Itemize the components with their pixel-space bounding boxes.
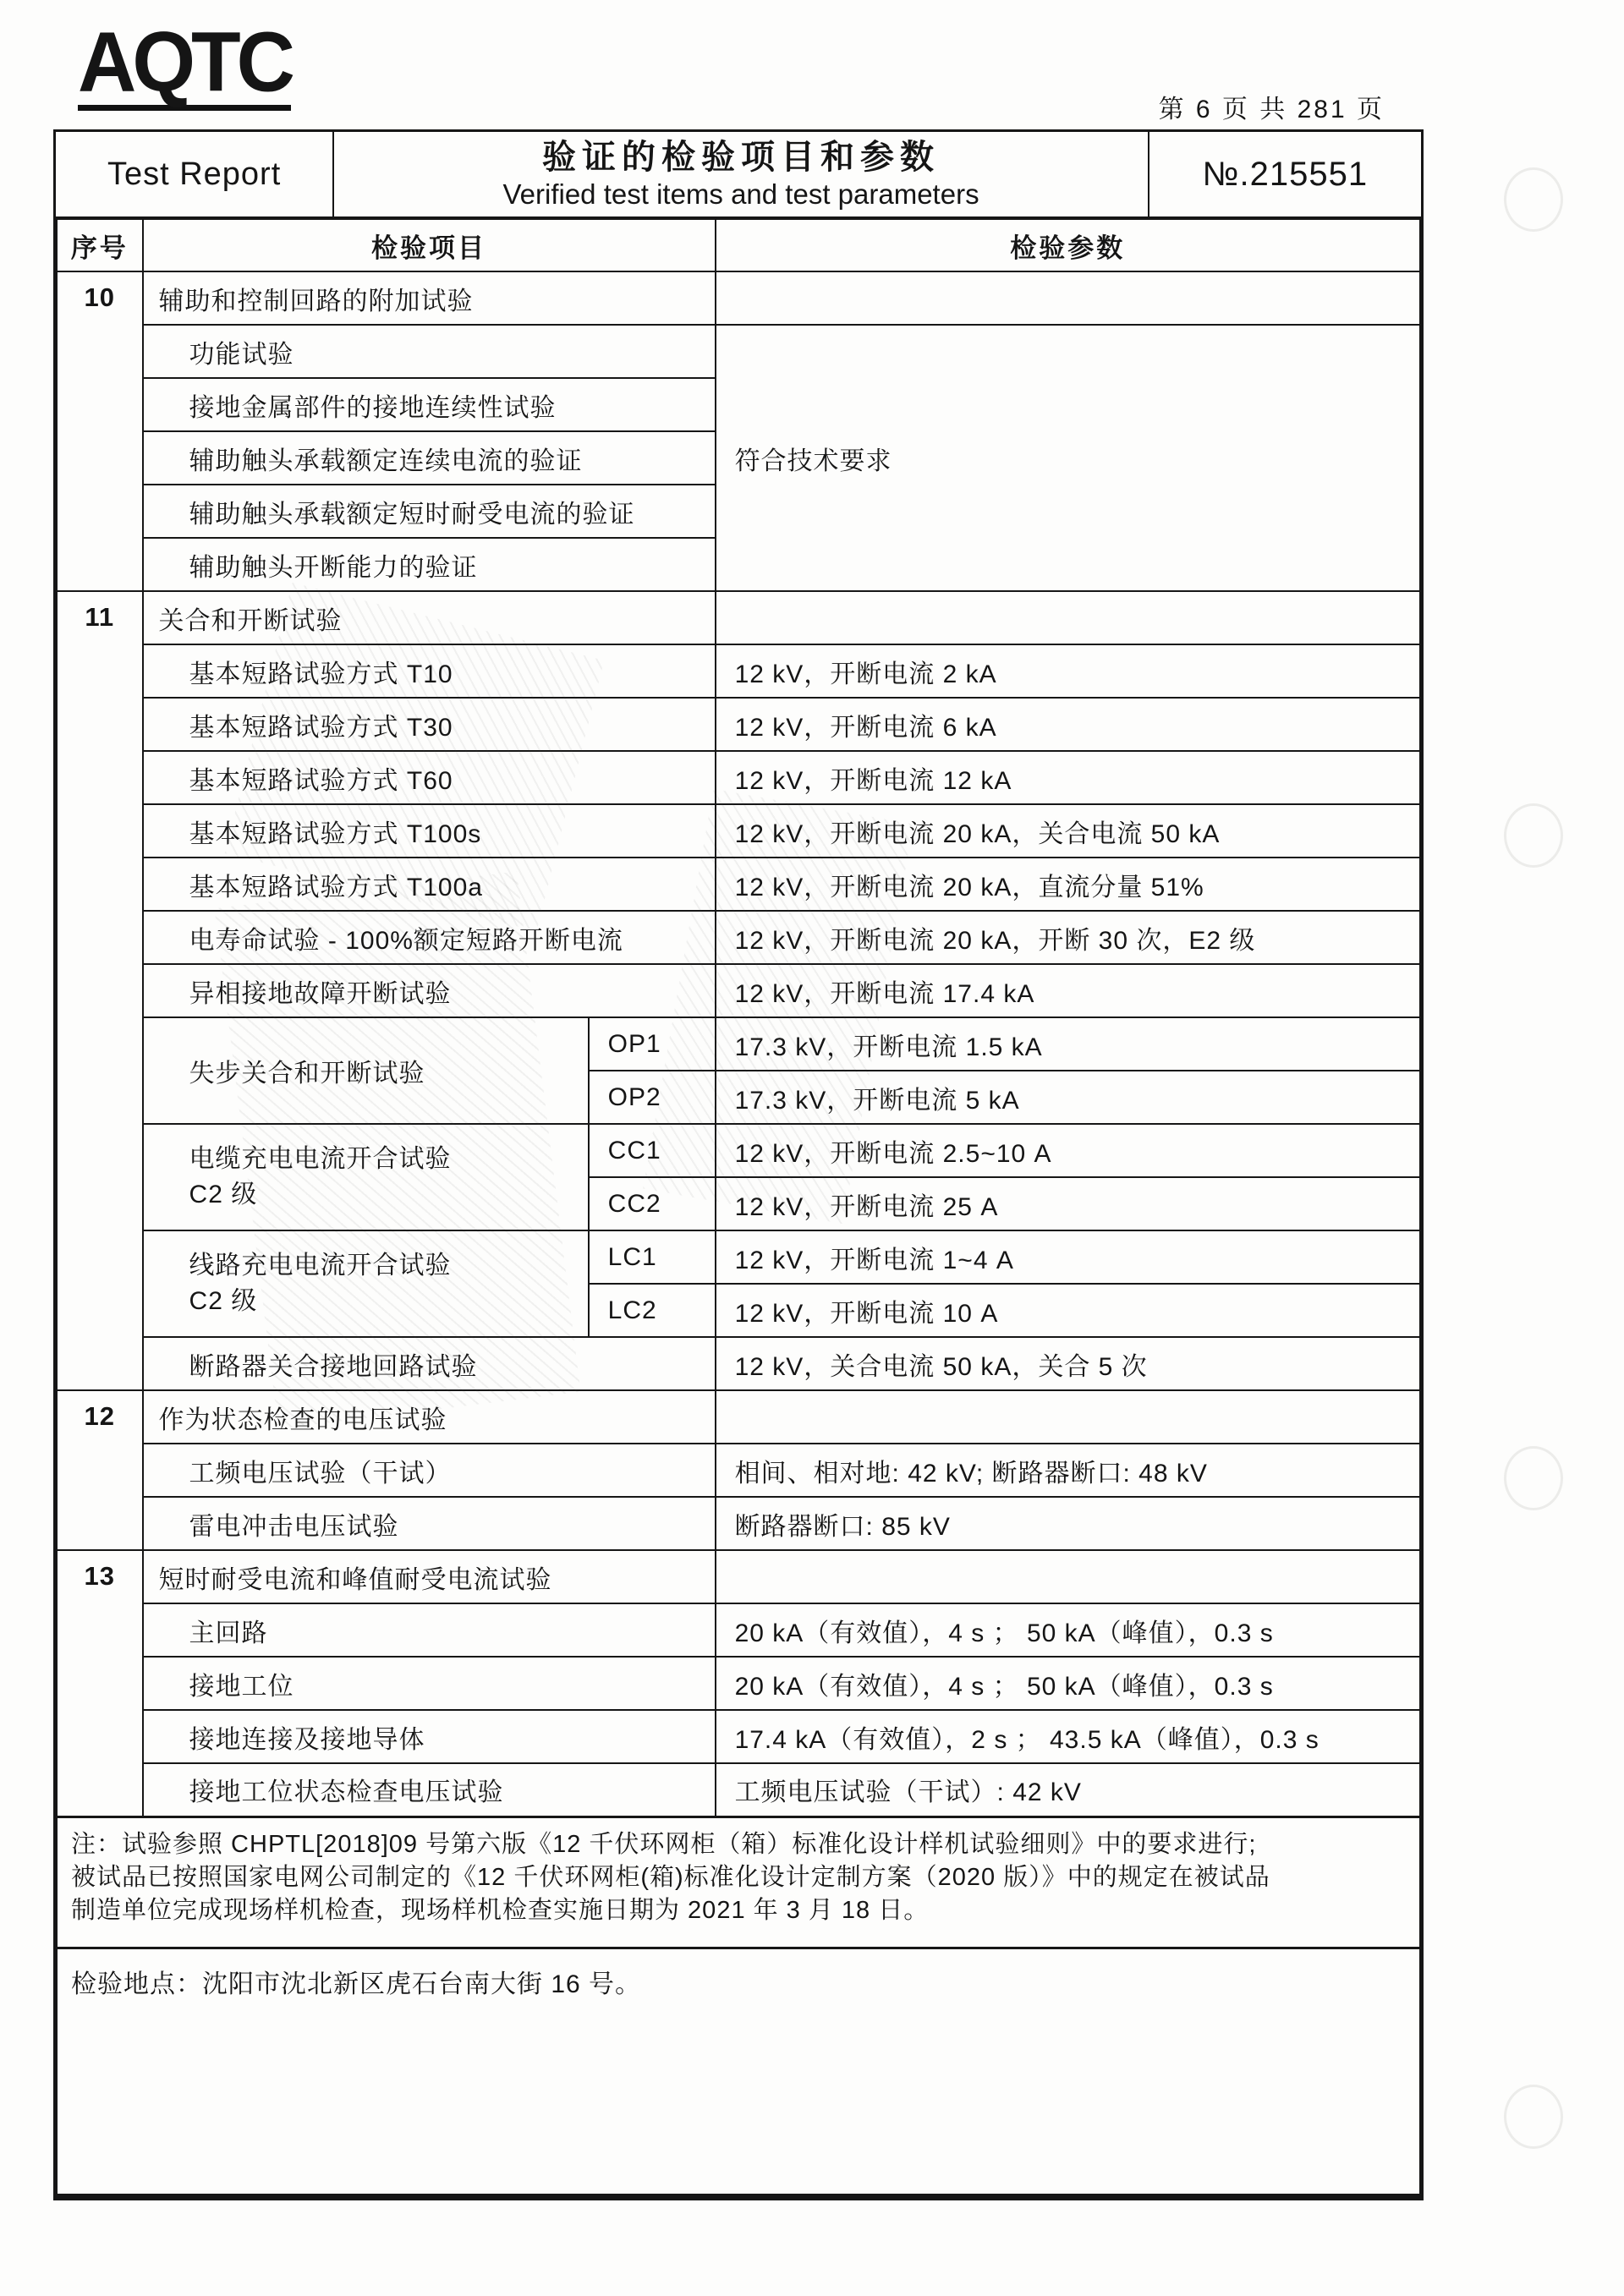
table-row: 功能试验 符合技术要求 [57, 325, 1420, 378]
punch-hole-mark [1504, 1446, 1563, 1510]
punch-hole-mark [1504, 803, 1563, 868]
table-row: 10 辅助和控制回路的附加试验 [57, 271, 1420, 325]
param-cell: 12 kV，开断电流 20 kA，关合电流 50 kA [716, 804, 1420, 858]
punch-hole-mark [1504, 167, 1563, 232]
table-row: 12 作为状态检查的电压试验 [57, 1390, 1420, 1444]
param-cell: 12 kV，开断电流 10 A [716, 1284, 1420, 1337]
item-label-line: C2 级 [189, 1177, 588, 1213]
table-row: 基本短路试验方式 T60 12 kV，开断电流 12 kA [57, 751, 1420, 804]
group-title-cell: 关合和开断试验 [143, 591, 716, 644]
column-header-param: 检验参数 [716, 219, 1420, 271]
table-row: 工频电压试验（干试） 相间、相对地: 42 kV; 断路器断口: 48 kV [57, 1444, 1420, 1497]
punch-hole-mark [1504, 2085, 1563, 2149]
item-cell: 电缆充电电流开合试验 C2 级 [143, 1124, 589, 1230]
param-cell: 12 kV，开断电流 1~4 A [716, 1230, 1420, 1284]
item-cell: 断路器关合接地回路试验 [143, 1337, 716, 1390]
table-row: 电缆充电电流开合试验 C2 级 CC1 12 kV，开断电流 2.5~10 A [57, 1124, 1420, 1177]
param-cell: 20 kA（有效值），4 s ； 50 kA（峰值），0.3 s [716, 1603, 1420, 1657]
table-row: 主回路 20 kA（有效值），4 s ； 50 kA（峰值），0.3 s [57, 1603, 1420, 1657]
param-cell: 工频电压试验（干试）: 42 kV [716, 1763, 1420, 1817]
param-cell [716, 1550, 1420, 1603]
report-number: №.215551 [1149, 132, 1421, 216]
location-row: 检验地点：沈阳市沈北新区虎石台南大街 16 号。 [57, 1948, 1420, 2195]
note-line: 注：试验参照 CHPTL[2018]09 号第六版《12 千伏环网柜（箱）标准化… [71, 1828, 1406, 1861]
note-cell: 注：试验参照 CHPTL[2018]09 号第六版《12 千伏环网柜（箱）标准化… [57, 1817, 1420, 1948]
param-cell: 12 kV，开断电流 2.5~10 A [716, 1124, 1420, 1177]
item-label-line: 电缆充电电流开合试验 [189, 1142, 588, 1177]
sub-code-cell: CC1 [589, 1124, 716, 1177]
table-row: 基本短路试验方式 T30 12 kV，开断电流 6 kA [57, 698, 1420, 751]
page-indicator: 第 6 页 共 281 页 [1159, 88, 1385, 125]
item-cell: 异相接地故障开断试验 [143, 964, 716, 1017]
table-row: 断路器关合接地回路试验 12 kV，关合电流 50 kA，关合 5 次 [57, 1337, 1420, 1390]
sub-code-cell: CC2 [589, 1177, 716, 1230]
param-cell [716, 271, 1420, 325]
document-page: AQTC 第 6 页 共 281 页 Test Report 验证的检验项目和参… [0, 0, 1624, 2296]
item-cell: 功能试验 [143, 325, 716, 378]
seq-cell: 12 [57, 1390, 143, 1550]
param-cell [716, 1390, 1420, 1444]
seq-cell: 10 [57, 271, 143, 591]
item-cell: 线路充电电流开合试验 C2 级 [143, 1230, 589, 1337]
sub-code-cell: LC1 [589, 1230, 716, 1284]
item-cell: 基本短路试验方式 T100s [143, 804, 716, 858]
item-cell: 基本短路试验方式 T100a [143, 858, 716, 911]
param-cell: 相间、相对地: 42 kV; 断路器断口: 48 kV [716, 1444, 1420, 1497]
item-cell: 失步关合和开断试验 [143, 1017, 589, 1124]
sub-code-cell: OP2 [589, 1071, 716, 1124]
column-header-item: 检验项目 [143, 219, 716, 271]
param-cell: 断路器断口: 85 kV [716, 1497, 1420, 1550]
item-cell: 接地工位 [143, 1657, 716, 1710]
item-cell: 接地工位状态检查电压试验 [143, 1763, 716, 1817]
aqtc-logo-text: AQTC [78, 20, 291, 105]
param-cell: 12 kV，开断电流 20 kA，开断 30 次，E2 级 [716, 911, 1420, 964]
item-label-line: C2 级 [189, 1284, 588, 1319]
table-row: 异相接地故障开断试验 12 kV，开断电流 17.4 kA [57, 964, 1420, 1017]
param-cell [716, 591, 1420, 644]
table-row: 电寿命试验 - 100%额定短路开断电流 12 kV，开断电流 20 kA，开断… [57, 911, 1420, 964]
item-cell: 接地金属部件的接地连续性试验 [143, 378, 716, 431]
param-cell: 12 kV，关合电流 50 kA，关合 5 次 [716, 1337, 1420, 1390]
report-title: 验证的检验项目和参数 Verified test items and test … [334, 132, 1149, 216]
table-row: 接地工位 20 kA（有效值），4 s ； 50 kA（峰值），0.3 s [57, 1657, 1420, 1710]
item-cell: 电寿命试验 - 100%额定短路开断电流 [143, 911, 716, 964]
table-row: 11 关合和开断试验 [57, 591, 1420, 644]
table-row: 线路充电电流开合试验 C2 级 LC1 12 kV，开断电流 1~4 A [57, 1230, 1420, 1284]
item-cell: 工频电压试验（干试） [143, 1444, 716, 1497]
report-title-zh: 验证的检验项目和参数 [542, 139, 940, 176]
param-cell: 17.4 kA（有效值），2 s ； 43.5 kA（峰值），0.3 s [716, 1710, 1420, 1763]
location-text: 检验地点：沈阳市沈北新区虎石台南大街 16 号。 [71, 1963, 1406, 2000]
param-cell: 12 kV，开断电流 17.4 kA [716, 964, 1420, 1017]
item-cell: 基本短路试验方式 T10 [143, 644, 716, 698]
note-line: 被试品已按照国家电网公司制定的《12 千伏环网柜(箱)标准化设计定制方案（202… [71, 1861, 1406, 1894]
report-label: Test Report [56, 132, 334, 216]
item-cell: 基本短路试验方式 T30 [143, 698, 716, 751]
table-row: 接地工位状态检查电压试验 工频电压试验（干试）: 42 kV [57, 1763, 1420, 1817]
table-row: 基本短路试验方式 T100a 12 kV，开断电流 20 kA，直流分量 51% [57, 858, 1420, 911]
item-cell: 基本短路试验方式 T60 [143, 751, 716, 804]
param-cell: 12 kV，开断电流 20 kA，直流分量 51% [716, 858, 1420, 911]
note-line: 制造单位完成现场样机检查，现场样机检查实施日期为 2021 年 3 月 18 日… [71, 1894, 1406, 1927]
location-cell: 检验地点：沈阳市沈北新区虎石台南大街 16 号。 [57, 1948, 1420, 2195]
report-title-en: Verified test items and test parameters [502, 178, 979, 211]
group-title-cell: 辅助和控制回路的附加试验 [143, 271, 716, 325]
table-row: 基本短路试验方式 T100s 12 kV，开断电流 20 kA，关合电流 50 … [57, 804, 1420, 858]
report-header-band: Test Report 验证的检验项目和参数 Verified test ite… [56, 132, 1421, 218]
item-cell: 雷电冲击电压试验 [143, 1497, 716, 1550]
table-row: 失步关合和开断试验 OP1 17.3 kV，开断电流 1.5 kA [57, 1017, 1420, 1071]
param-cell: 20 kA（有效值），4 s ； 50 kA（峰值），0.3 s [716, 1657, 1420, 1710]
aqtc-logo: AQTC [78, 22, 291, 111]
sub-code-cell: LC2 [589, 1284, 716, 1337]
note-row: 注：试验参照 CHPTL[2018]09 号第六版《12 千伏环网柜（箱）标准化… [57, 1817, 1420, 1948]
item-cell: 主回路 [143, 1603, 716, 1657]
param-cell: 符合技术要求 [716, 325, 1420, 591]
item-cell: 辅助触头承载额定短时耐受电流的验证 [143, 485, 716, 538]
test-items-table: 序号 检验项目 检验参数 10 辅助和控制回路的附加试验 功能试验 符合技术要求… [56, 218, 1421, 2195]
table-row: 13 短时耐受电流和峰值耐受电流试验 [57, 1550, 1420, 1603]
seq-cell: 13 [57, 1550, 143, 1817]
item-cell: 接地连接及接地导体 [143, 1710, 716, 1763]
group-title-cell: 作为状态检查的电压试验 [143, 1390, 716, 1444]
param-cell: 12 kV，开断电流 6 kA [716, 698, 1420, 751]
param-cell: 12 kV，开断电流 25 A [716, 1177, 1420, 1230]
param-cell: 17.3 kV，开断电流 5 kA [716, 1071, 1420, 1124]
param-cell: 17.3 kV，开断电流 1.5 kA [716, 1017, 1420, 1071]
table-row: 雷电冲击电压试验 断路器断口: 85 kV [57, 1497, 1420, 1550]
table-row: 接地连接及接地导体 17.4 kA（有效值），2 s ； 43.5 kA（峰值）… [57, 1710, 1420, 1763]
group-title-cell: 短时耐受电流和峰值耐受电流试验 [143, 1550, 716, 1603]
table-header-row: 序号 检验项目 检验参数 [57, 219, 1420, 271]
item-cell: 辅助触头承载额定连续电流的验证 [143, 431, 716, 485]
item-label-line: 线路充电电流开合试验 [189, 1248, 588, 1284]
sub-code-cell: OP1 [589, 1017, 716, 1071]
seq-cell: 11 [57, 591, 143, 1390]
column-header-no: 序号 [57, 219, 143, 271]
table-row: 基本短路试验方式 T10 12 kV，开断电流 2 kA [57, 644, 1420, 698]
param-cell: 12 kV，开断电流 2 kA [716, 644, 1420, 698]
item-cell: 辅助触头开断能力的验证 [143, 538, 716, 591]
report-table: Test Report 验证的检验项目和参数 Verified test ite… [53, 129, 1424, 2200]
param-cell: 12 kV，开断电流 12 kA [716, 751, 1420, 804]
